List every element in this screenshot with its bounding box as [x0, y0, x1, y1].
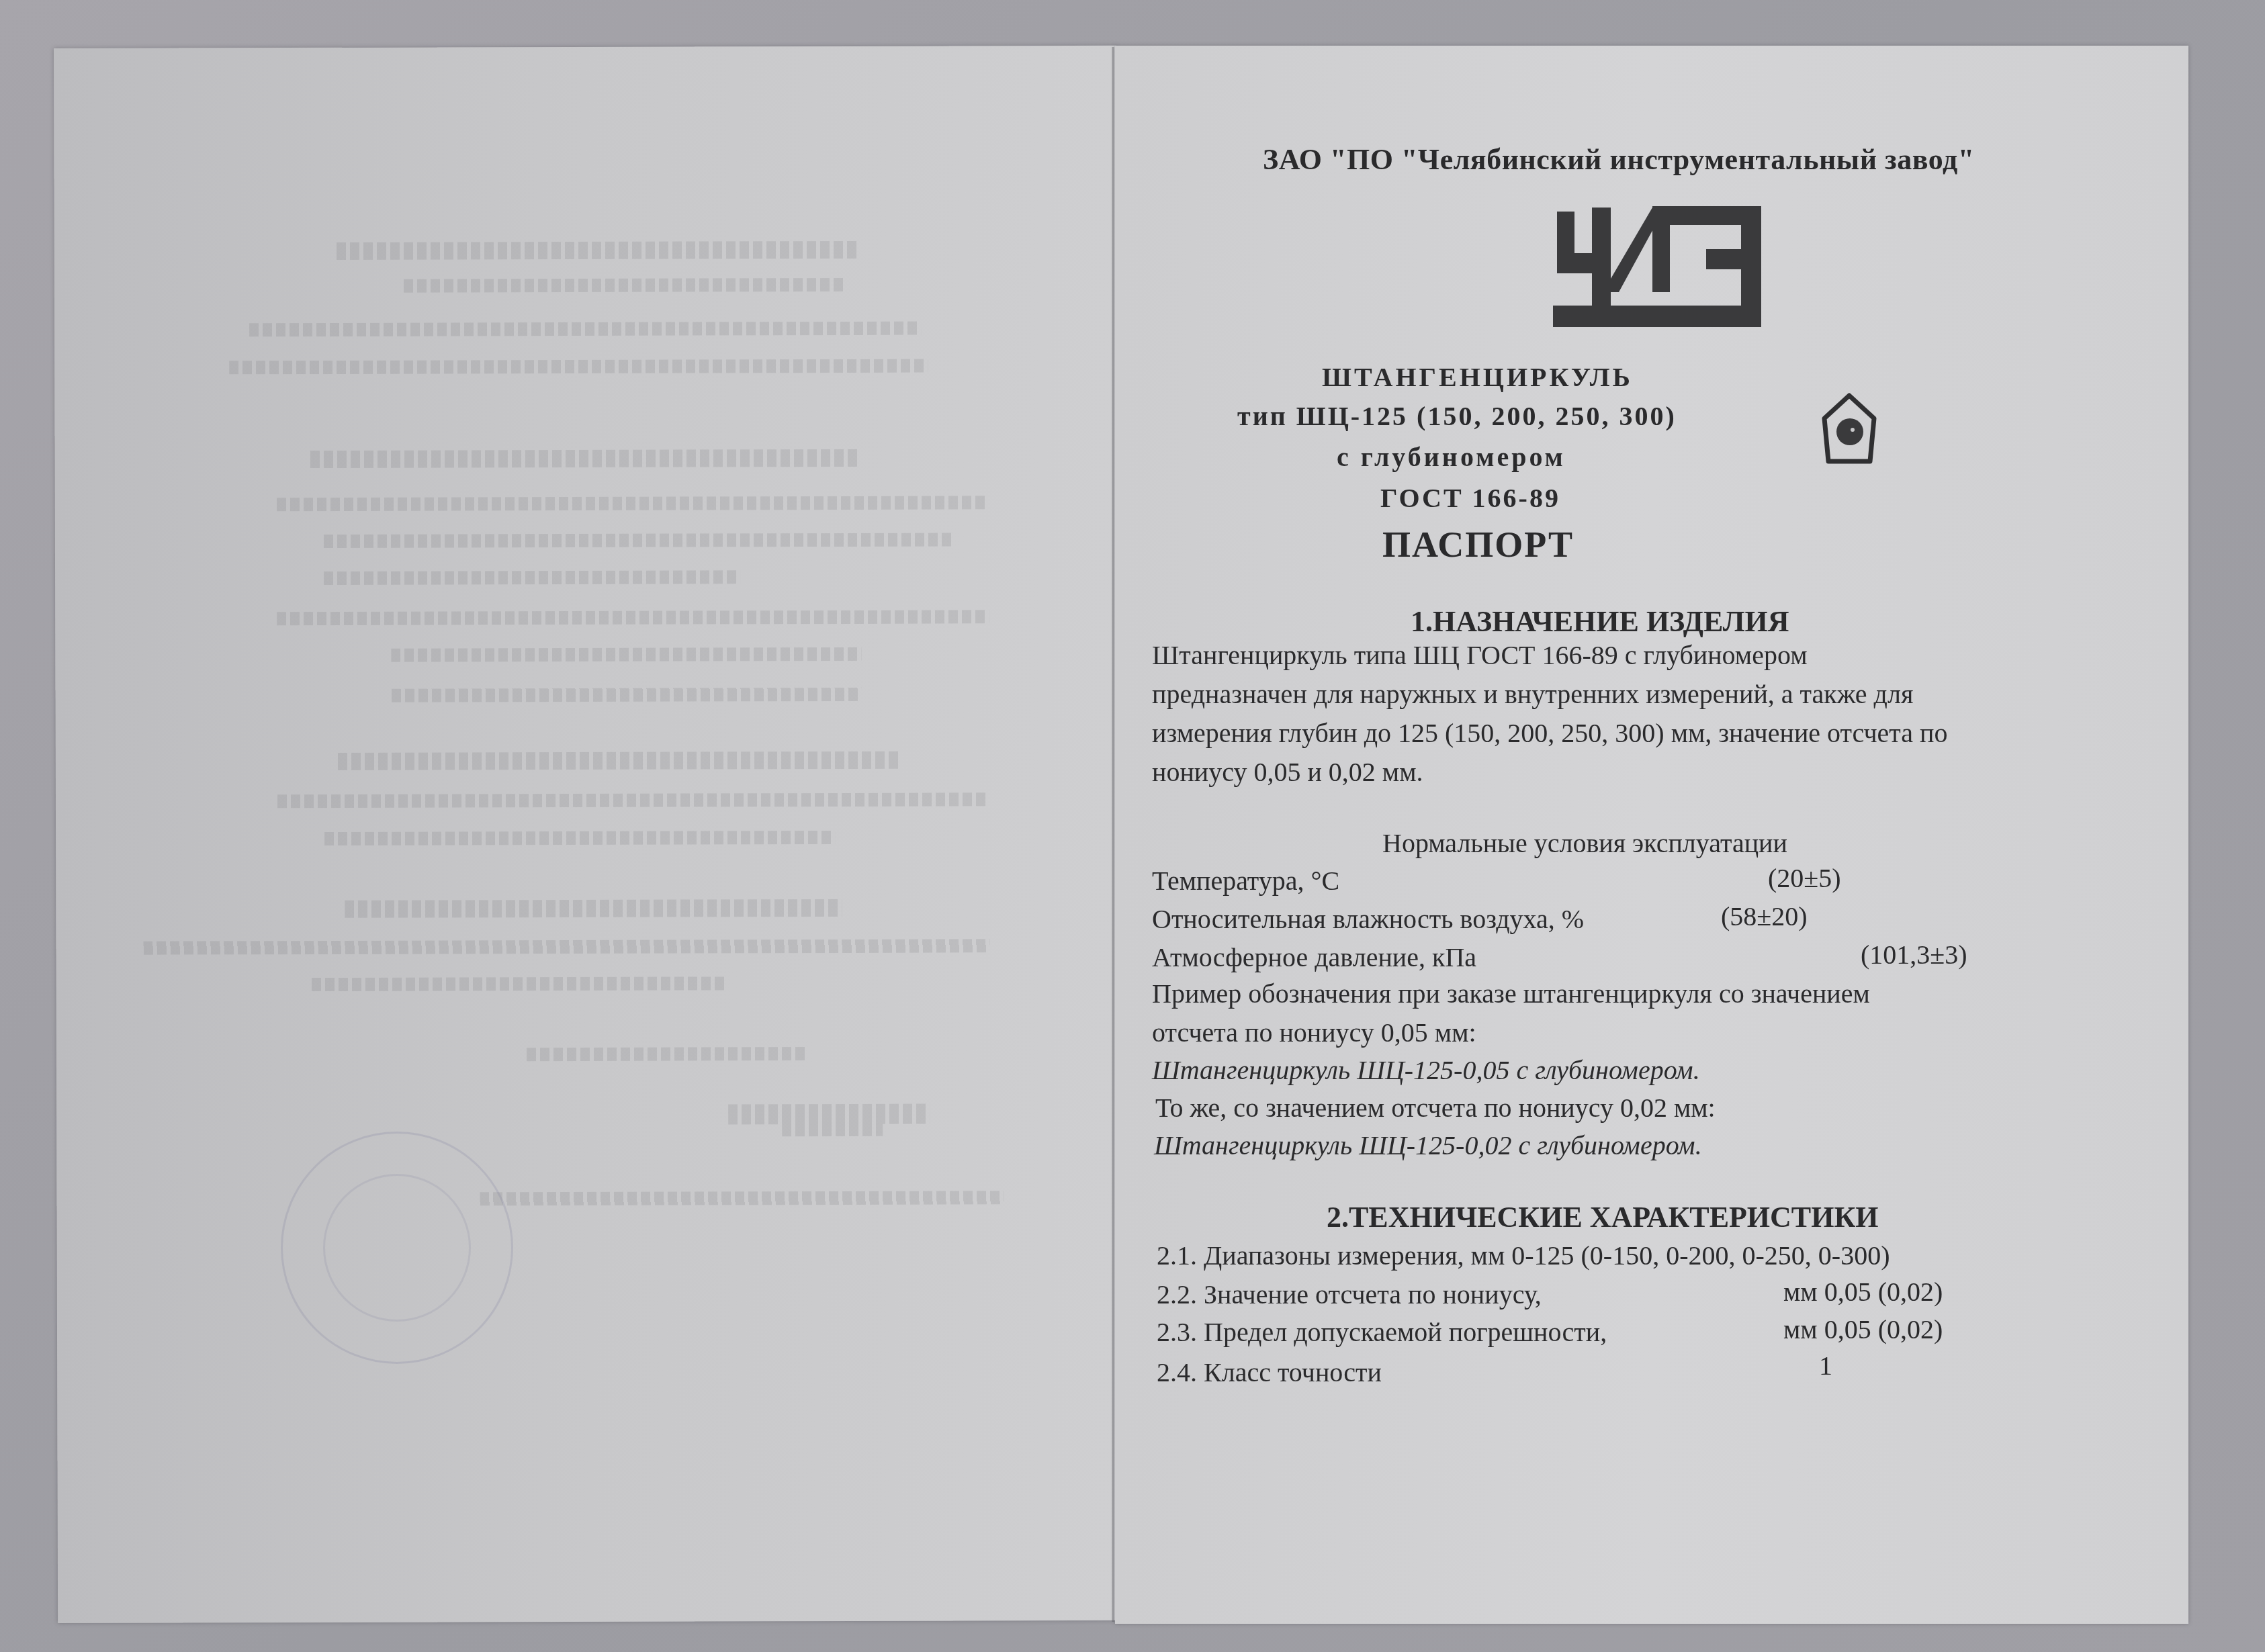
bleed-through-line	[229, 359, 928, 375]
condition-label: Относительная влажность воздуха, %	[1152, 903, 1584, 935]
bleed-through-line	[480, 1191, 1004, 1205]
spec-value: мм 0,05 (0,02)	[1783, 1314, 1943, 1345]
bleed-through-line	[337, 241, 860, 260]
page-fold	[1112, 47, 1114, 1622]
bleed-through-line	[249, 322, 921, 337]
example-designation-2: Штангенциркуль ШЦ-125-0,02 с глубиномеро…	[1154, 1130, 1702, 1161]
product-variant: с глубиномером	[1337, 441, 1566, 473]
paragraph-line: измерения глубин до 125 (150, 200, 250, …	[1152, 717, 1947, 749]
spec-label: 2.2. Значение отсчета по нониусу,	[1157, 1279, 1542, 1310]
example-text: То же, со значением отсчета по нониусу 0…	[1155, 1092, 1716, 1123]
product-type: тип ШЦ-125 (150, 200, 250, 300)	[1237, 400, 1677, 432]
bleed-through-line	[391, 647, 861, 662]
spec-value: мм 0,05 (0,02)	[1783, 1276, 1943, 1307]
left-page	[54, 46, 1120, 1623]
condition-value: (58±20)	[1721, 901, 1808, 932]
condition-label: Температура, °С	[1152, 865, 1339, 897]
bleed-through-line	[782, 1124, 883, 1136]
example-text: Пример обозначения при заказе штангенцир…	[1152, 978, 1870, 1009]
spec-label: 2.1. Диапазоны измерения, мм 0-125 (0-15…	[1157, 1240, 1890, 1271]
bleed-through-line	[345, 899, 842, 918]
bleed-through-line	[391, 688, 861, 702]
chiz-logo-icon	[1552, 205, 1773, 332]
condition-value: (20±5)	[1768, 862, 1841, 894]
spec-label: 2.3. Предел допускаемой погрешности,	[1157, 1316, 1607, 1348]
example-designation-1: Штангенциркуль ШЦ-125-0,05 с глубиномеро…	[1152, 1054, 1700, 1086]
faded-stamp	[281, 1132, 513, 1364]
bleed-through-line	[312, 976, 728, 991]
section-2-heading: 2.ТЕХНИЧЕСКИЕ ХАРАКТЕРИСТИКИ	[1327, 1200, 1879, 1234]
bleed-through-line	[527, 1047, 809, 1061]
section-1-heading: 1.НАЗНАЧЕНИЕ ИЗДЕЛИЯ	[1411, 604, 1789, 639]
bleed-through-line	[277, 496, 989, 511]
paragraph-line: Штангенциркуль типа ШЦ ГОСТ 166-89 с глу…	[1152, 639, 1807, 671]
spec-label: 2.4. Класс точности	[1157, 1357, 1382, 1388]
bleed-through-line	[338, 751, 902, 770]
bleed-through-line	[324, 831, 835, 845]
condition-label: Атмосферное давление, кПа	[1152, 942, 1476, 973]
condition-value: (101,3±3)	[1861, 939, 1967, 970]
bleed-through-line	[277, 792, 989, 808]
bleed-through-line	[310, 449, 861, 468]
bleed-through-line	[728, 1104, 930, 1125]
paragraph-line: предназначен для наружных и внутренних и…	[1152, 678, 1913, 710]
quality-mark-pentagon-icon	[1820, 393, 1878, 467]
spec-value: 1	[1819, 1350, 1832, 1381]
example-text: отсчета по нониусу 0,05 мм:	[1152, 1017, 1476, 1048]
bleed-through-line	[324, 570, 740, 585]
bleed-through-line	[404, 278, 847, 293]
bleed-through-line	[324, 533, 955, 547]
product-title: ШТАНГЕНЦИРКУЛЬ	[1322, 361, 1633, 393]
company-name: ЗАО "ПО "Челябинский инструментальный за…	[1263, 142, 1975, 177]
product-standard: ГОСТ 166-89	[1380, 482, 1560, 514]
bleed-through-line	[277, 610, 989, 625]
paragraph-line: нониусу 0,05 и 0,02 мм.	[1152, 756, 1423, 788]
conditions-heading: Нормальные условия эксплуатации	[1382, 827, 1787, 859]
document-type: ПАСПОРТ	[1382, 524, 1574, 565]
bleed-through-line	[143, 939, 989, 954]
